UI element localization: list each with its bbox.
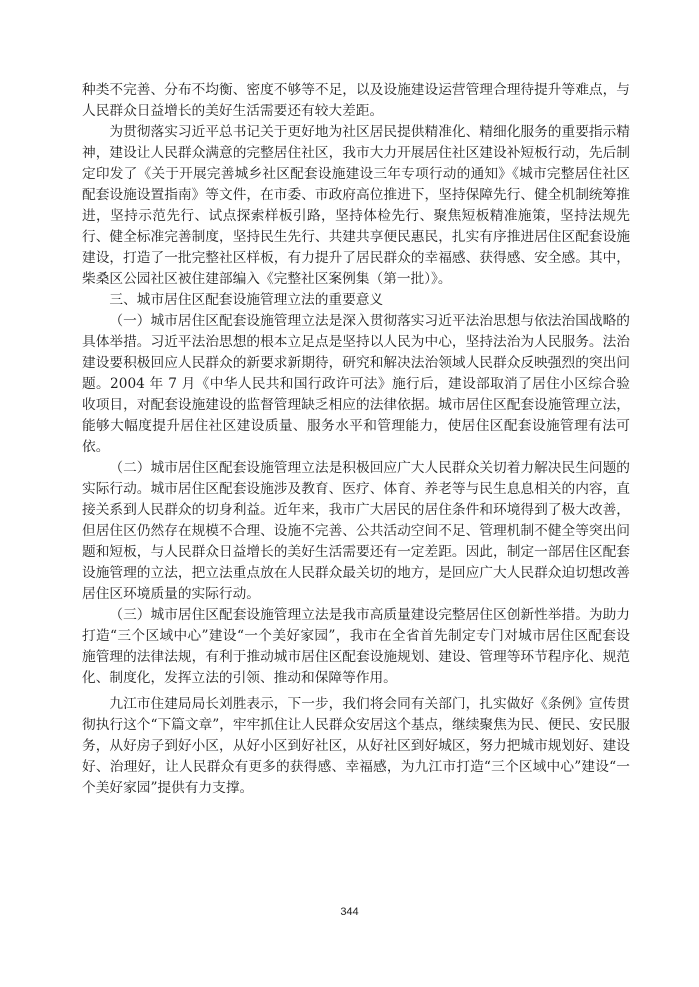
page-number: 344	[0, 906, 699, 918]
paragraph-point-2: （二）城市居住区配套设施管理立法是积极回应广大人民群众关切着力解决民生问题的实际…	[82, 458, 630, 605]
section-heading-significance: 三、城市居住区配套设施管理立法的重要意义	[82, 290, 630, 311]
paragraph-director-statement: 九江市住建局局长刘胜表示，下一步，我们将会同有关部门，扎实做好《条例》宣传贯彻执…	[82, 694, 630, 799]
paragraph-complete-community-actions: 为贯彻落实习近平总书记关于更好地为社区居民提供精准化、精细化服务的重要指示精神，…	[82, 122, 630, 290]
paragraph-continuation: 种类不完善、分布不均衡、密度不够等不足，以及设施建设运营管理合理待提升等难点，与…	[82, 80, 630, 122]
paragraph-point-3: （三）城市居住区配套设施管理立法是我市高质量建设完整居住区创新性举措。为助力打造…	[82, 605, 630, 689]
document-body: 种类不完善、分布不均衡、密度不够等不足，以及设施建设运营管理合理待提升等难点，与…	[82, 80, 630, 799]
paragraph-point-1: （一）城市居住区配套设施管理立法是深入贯彻落实习近平法治思想与依法治国战略的具体…	[82, 311, 630, 458]
